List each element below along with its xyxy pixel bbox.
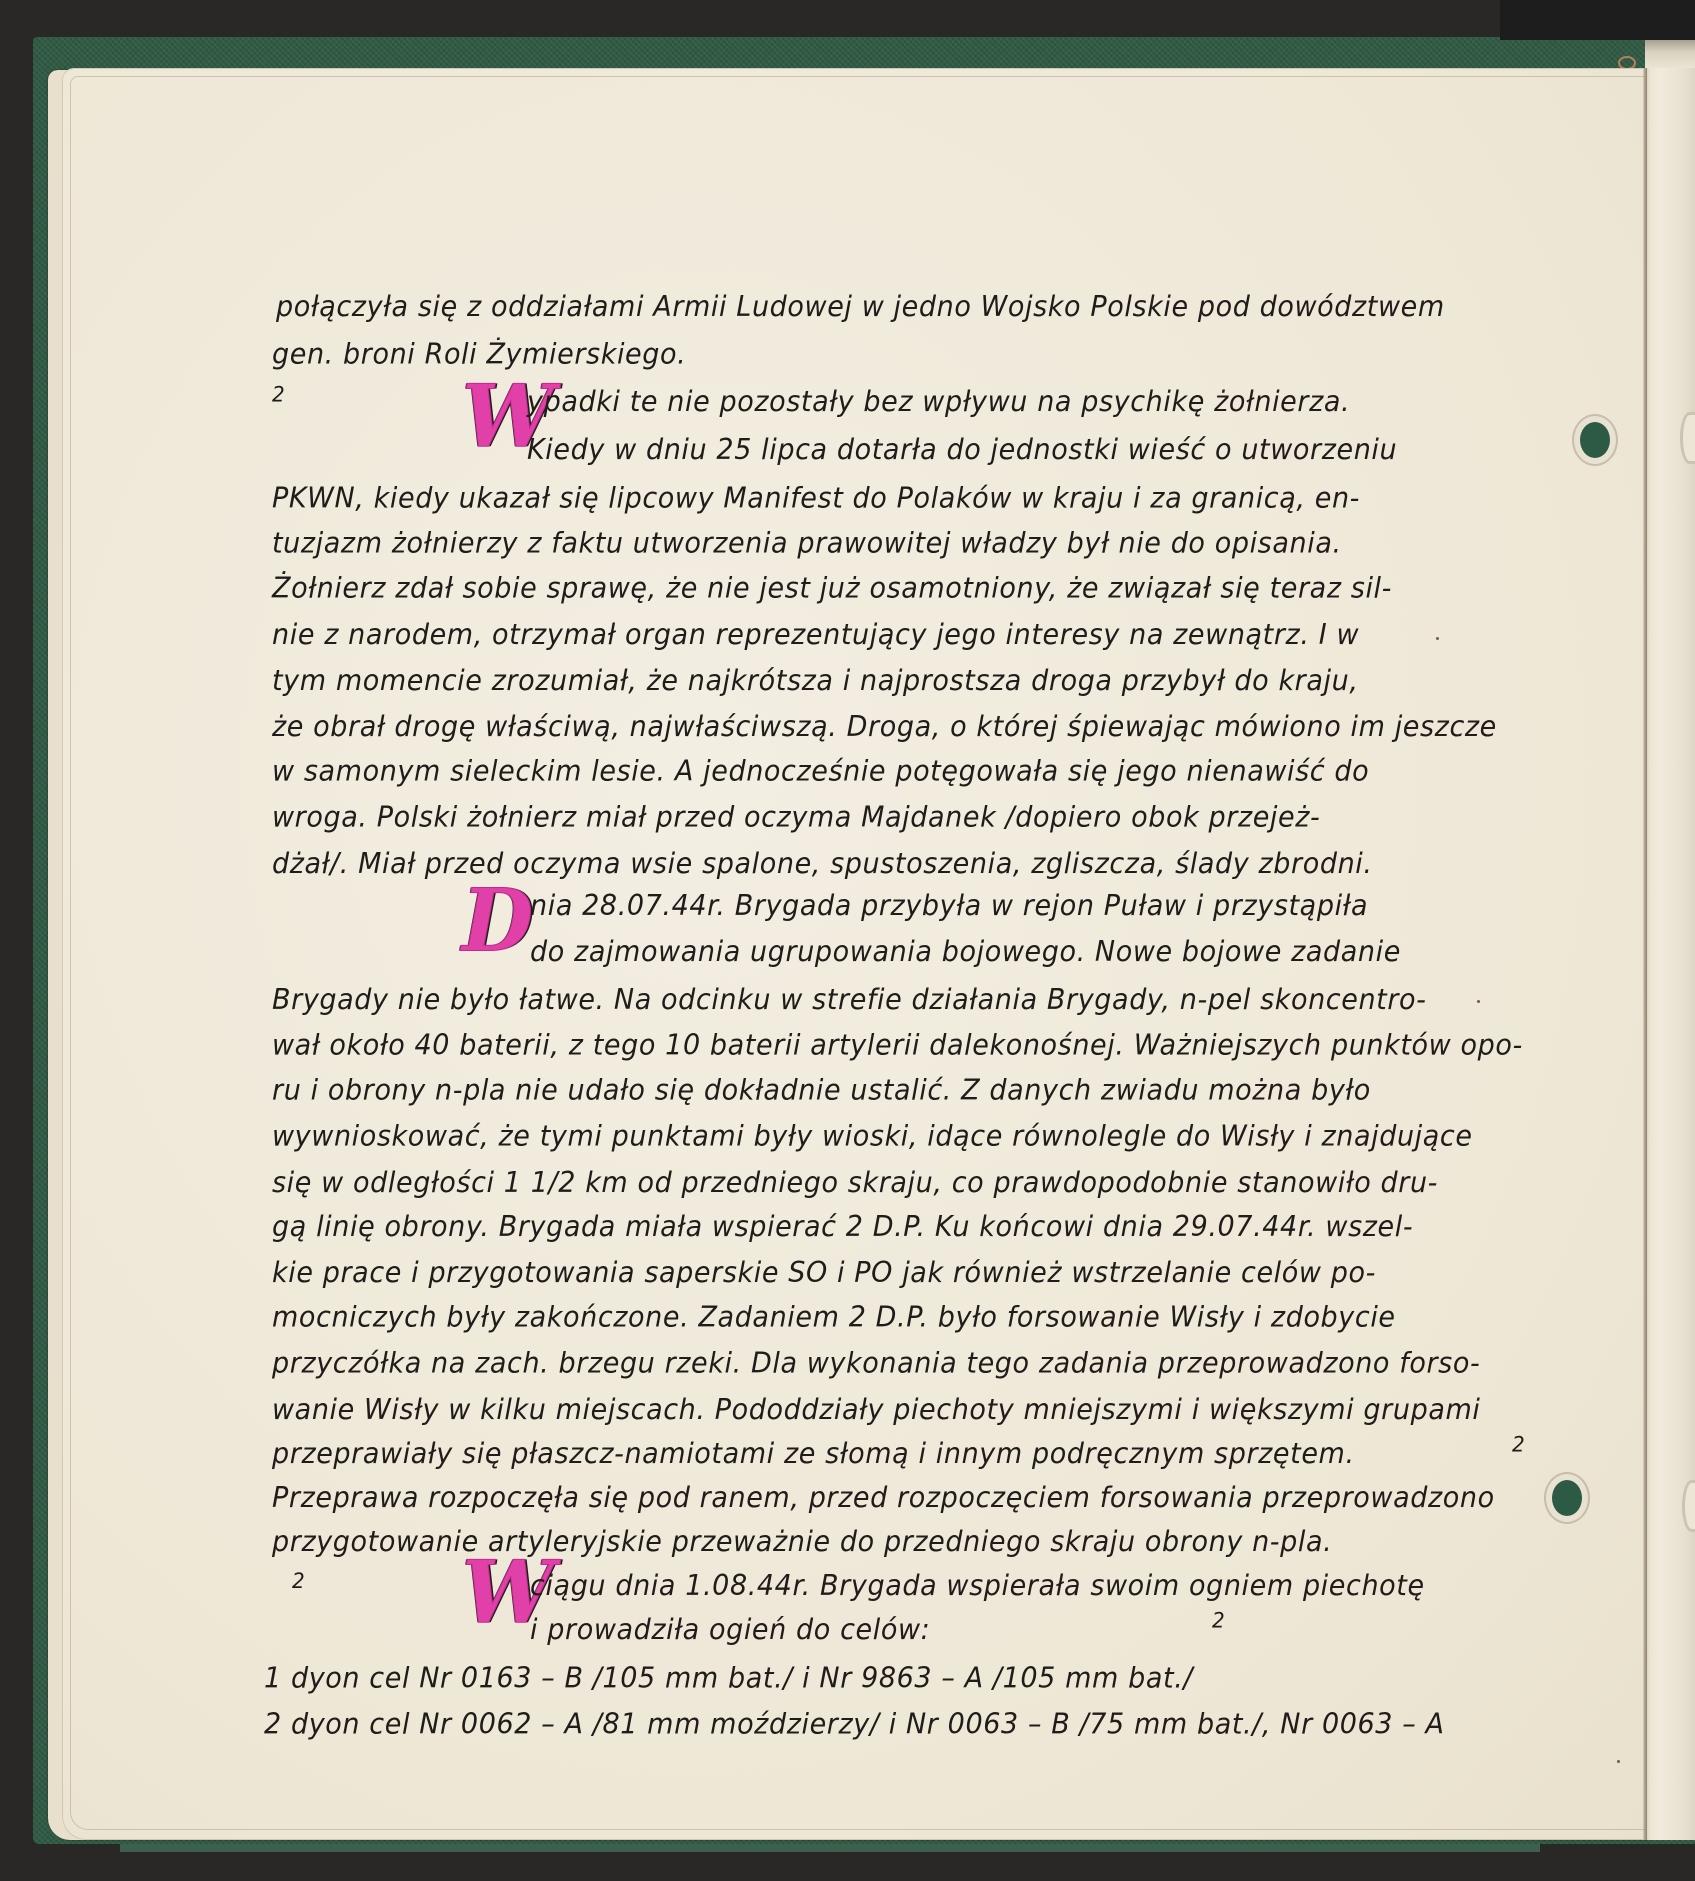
text-line: gą linię obrony. Brygada miała wspierać …: [272, 1210, 1413, 1246]
text-line: tuzjazm żołnierzy z faktu utworzenia pra…: [272, 526, 1342, 562]
page-gutter: [1646, 68, 1695, 1840]
text-line: ypadki te nie pozostały bez wpływu na ps…: [527, 385, 1350, 421]
gutter-fold: [1644, 68, 1647, 1840]
text-line: przyczółka na zach. brzegu rzeki. Dla wy…: [272, 1346, 1480, 1382]
punch-hole-bottom: [1552, 1480, 1582, 1516]
text-line: że obrał drogę właściwą, najwłaściwszą. …: [272, 710, 1497, 746]
margin-mark: 2: [272, 376, 285, 412]
page-stack-edge: [1645, 40, 1695, 70]
text-line: Kiedy w dniu 25 lipca dotarła do jednost…: [527, 433, 1397, 469]
text-line: się w odległości 1 1/2 km od przedniego …: [272, 1166, 1438, 1202]
text-line: połączyła się z oddziałami Armii Ludowej…: [276, 290, 1445, 326]
text-line: nia 28.07.44r. Brygada przybyła w rejon …: [530, 889, 1368, 925]
margin-mark: 2: [1212, 1603, 1225, 1639]
ink-speck: [1436, 637, 1439, 640]
text-line: tym momencie zrozumiał, że najkrótsza i …: [272, 664, 1359, 700]
margin-mark: 2: [292, 1563, 305, 1599]
text-line: w samonym sieleckim lesie. A jednocześni…: [272, 754, 1369, 790]
punch-hole-edge: [1682, 1480, 1695, 1532]
text-line: i prowadziła ogień do celów:: [530, 1613, 930, 1649]
text-line: ru i obrony n-pla nie udało się dokładni…: [272, 1073, 1371, 1109]
text-line: Przeprawa rozpoczęła się pod ranem, prze…: [272, 1481, 1495, 1517]
text-line: przygotowanie artyleryjskie przeważnie d…: [272, 1525, 1332, 1561]
text-line: Żołnierz zdał sobie sprawę, że nie jest …: [272, 571, 1392, 607]
text-line: nie z narodem, otrzymał organ reprezentu…: [272, 618, 1359, 654]
ink-speck: [1477, 1000, 1480, 1003]
text-line: wroga. Polski żołnierz miał przed oczyma…: [272, 800, 1320, 836]
decorative-initial-d: D: [462, 878, 534, 964]
text-line: ciągu dnia 1.08.44r. Brygada wspierała s…: [530, 1569, 1425, 1605]
text-line: do zajmowania ugrupowania bojowego. Nowe…: [530, 935, 1401, 971]
text-line: przeprawiały się płaszcz-namiotami ze sł…: [272, 1437, 1355, 1473]
background: [1500, 0, 1695, 40]
text-line: wywnioskować, że tymi punktami były wios…: [272, 1120, 1473, 1156]
text-line: Brygady nie było łatwe. Na odcinku w str…: [272, 983, 1427, 1019]
text-line: kie prace i przygotowania saperskie SO i…: [272, 1256, 1376, 1292]
target-line-1: 1 dyon cel Nr 0163 – B /105 mm bat./ i N…: [264, 1661, 1193, 1697]
target-line-2: 2 dyon cel Nr 0062 – A /81 mm moździerzy…: [264, 1707, 1445, 1743]
ink-speck: [1617, 1760, 1620, 1763]
text-line: wał około 40 baterii, z tego 10 baterii …: [272, 1028, 1523, 1064]
text-line: wanie Wisły w kilku miejscach. Pododdzia…: [272, 1393, 1480, 1429]
cover-bottom-edge: [120, 1844, 1540, 1852]
punch-hole-top: [1580, 422, 1610, 458]
punch-hole-edge: [1680, 412, 1695, 464]
text-line: mocniczych były zakończone. Zadaniem 2 D…: [272, 1300, 1396, 1336]
text-line: dżał/. Miał przed oczyma wsie spalone, s…: [272, 847, 1373, 883]
text-line: PKWN, kiedy ukazał się lipcowy Manifest …: [272, 481, 1360, 517]
margin-mark: 2: [1512, 1426, 1525, 1462]
